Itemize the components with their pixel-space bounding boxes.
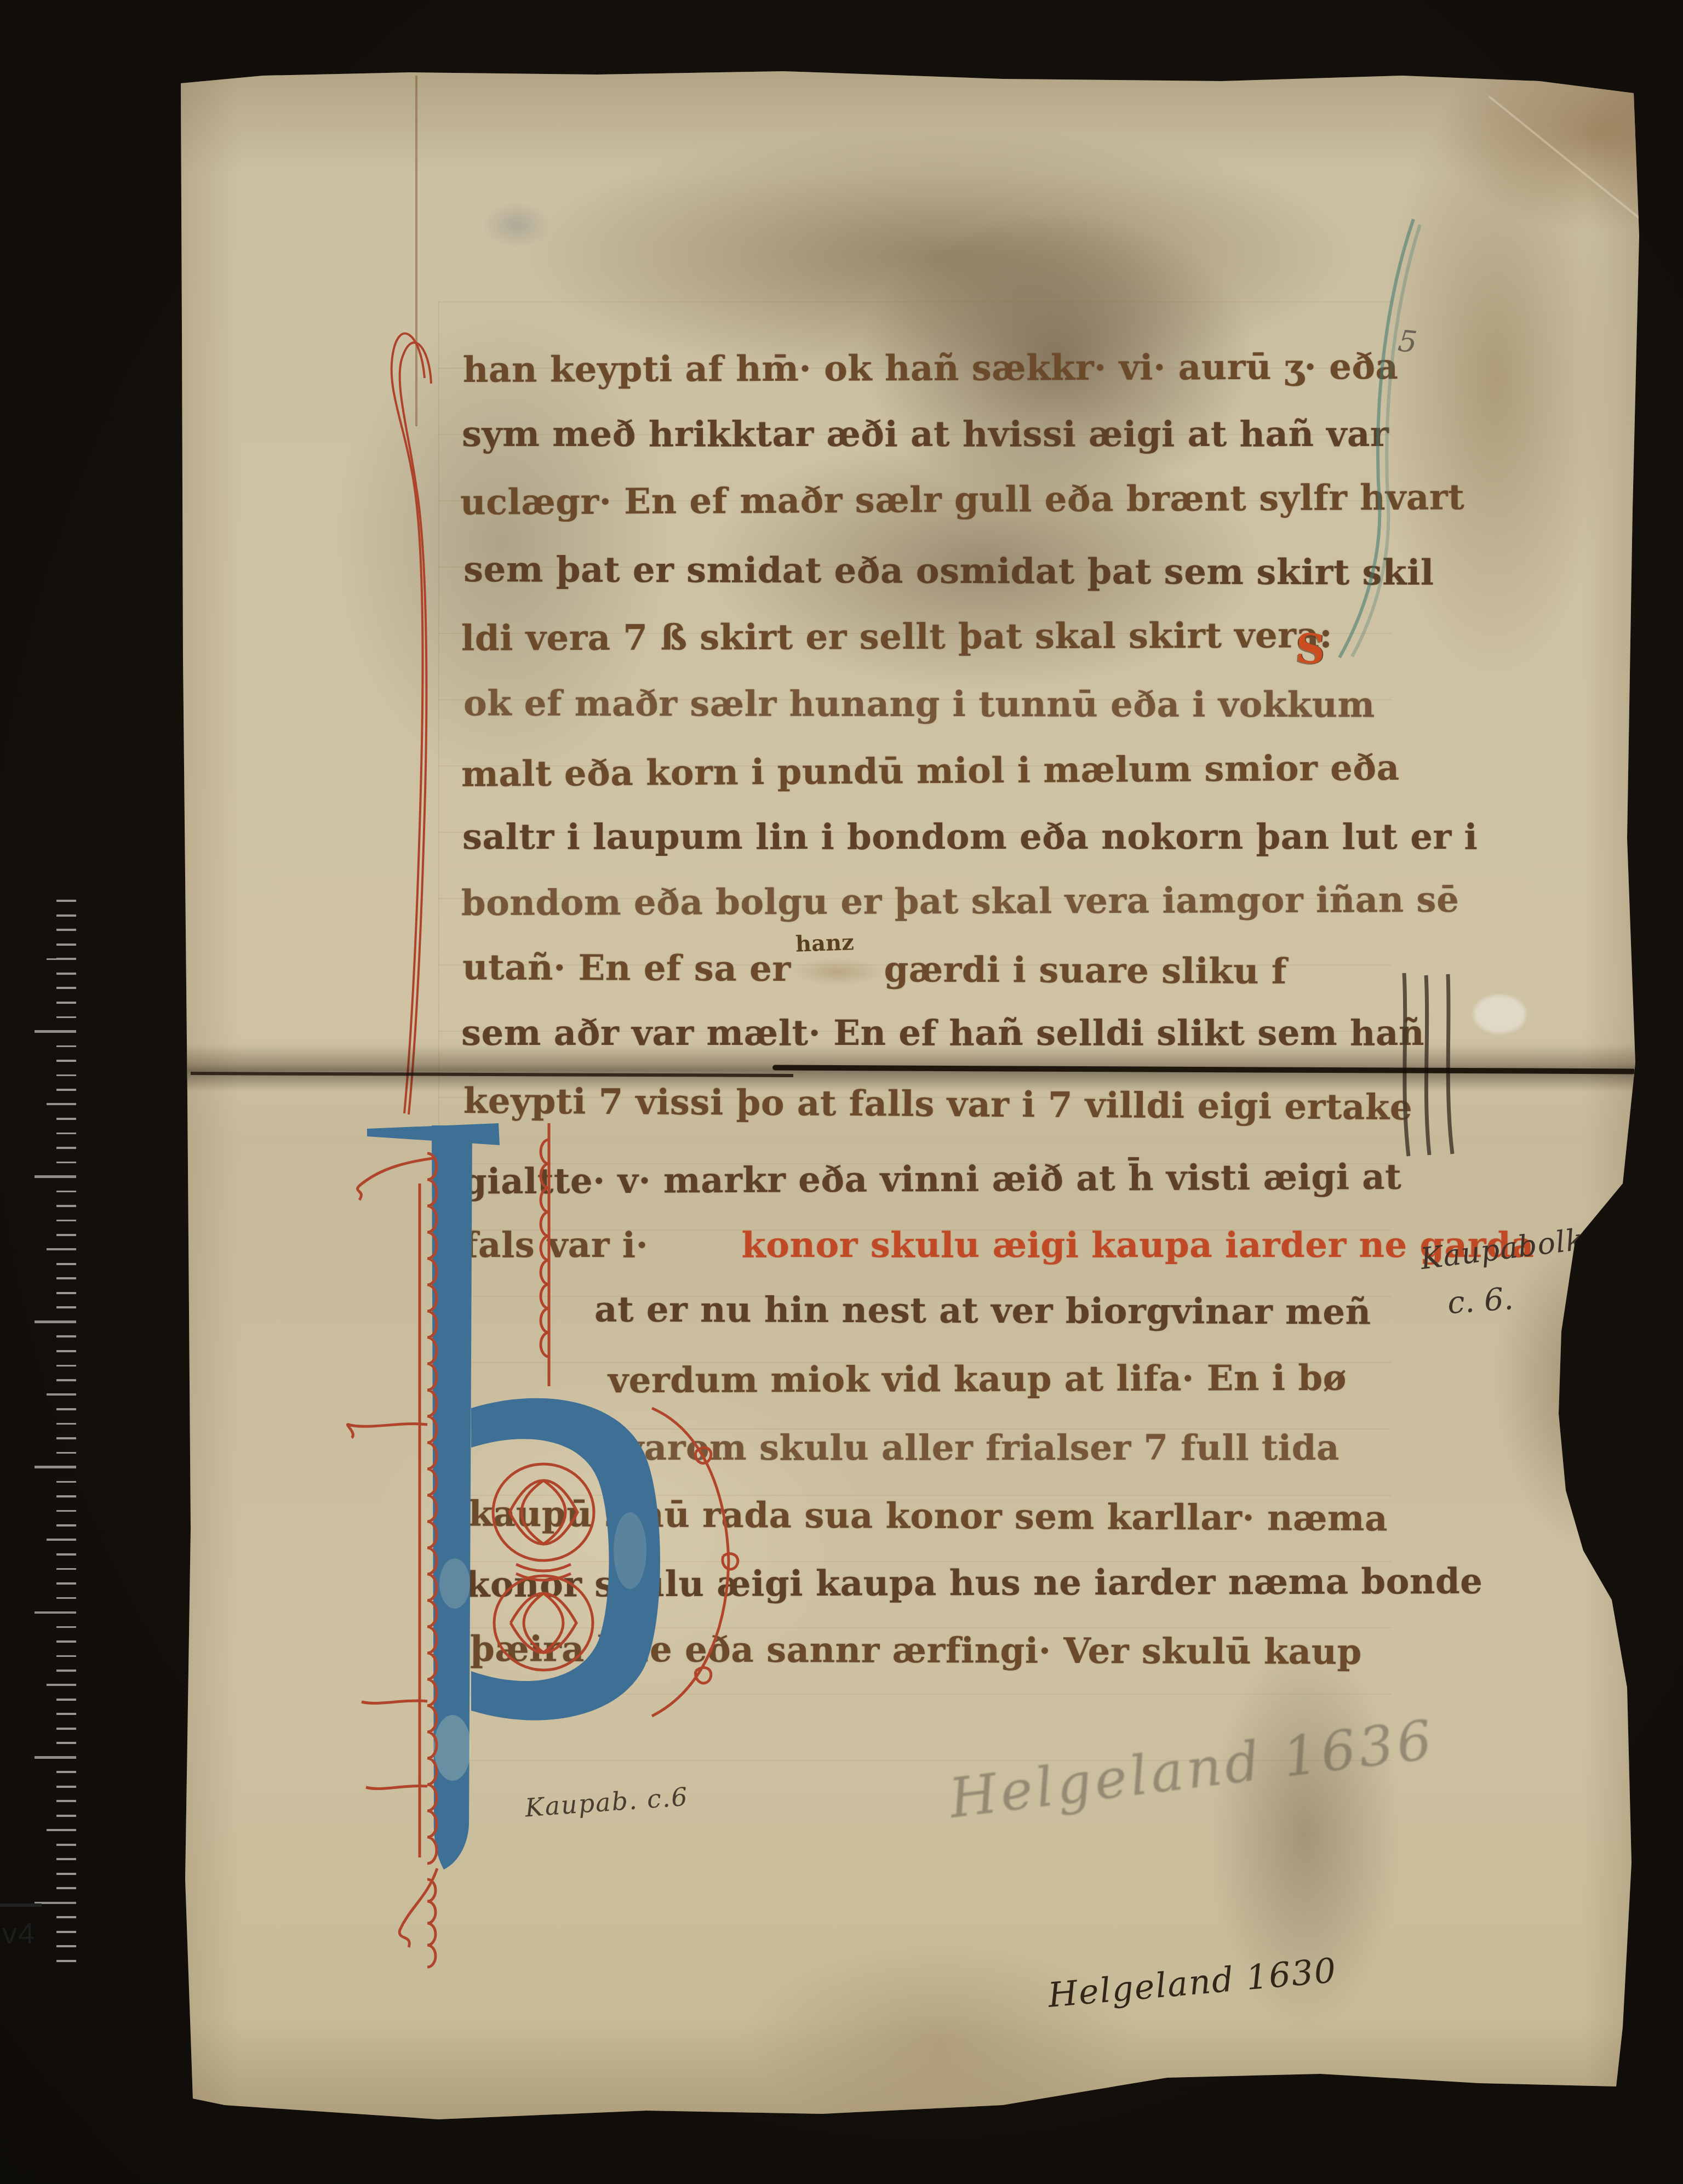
- screenshot-root: { "page": { "background_color": "#120f0b…: [0, 0, 1683, 2184]
- text-line-1: han keypti af hm̄· ok hañ sækkr· vi· aur…: [463, 346, 1399, 391]
- ruler-version-label: v4: [2, 1917, 36, 1951]
- ruler-index-line: [0, 1903, 42, 1907]
- text-line-4: sem þat er smidat eða osmidat þat sem sk…: [463, 549, 1434, 593]
- text-line-10: utañ· En ef sa ergærdi i suare sliku f: [462, 947, 1287, 992]
- interlinear-insertion: hanz: [795, 929, 854, 957]
- pencil-number: 5: [1396, 323, 1419, 359]
- surface-scratch: [1474, 995, 1526, 1033]
- text-line-9: bondom eða bolgu er þat skal vera iamgor…: [461, 879, 1459, 924]
- text-line-8: saltr i laupum lin i bondom eða nokorn þ…: [462, 816, 1478, 857]
- red-paragraph-mark: S: [1294, 625, 1326, 674]
- text-line-10-start: utañ· En ef sa er: [462, 947, 791, 990]
- teal-pen-stroke: [1331, 208, 1452, 674]
- text-line-7: malt eða korn i pundū miol i mælum smior…: [461, 747, 1400, 795]
- rubric-text: konor skulu æigi kaupa iarder ne garda: [741, 1225, 1534, 1266]
- text-line-5: ldi vera 7 ß skirt er sellt þat skal ski…: [461, 615, 1333, 659]
- ink-inscription-helgeland: Helgeland 1630: [1046, 1950, 1338, 2015]
- illuminated-initial: [345, 1101, 838, 2066]
- text-line-10-end: gærdi i suare sliku f: [884, 949, 1287, 992]
- ruler-ticks-large: [35, 888, 76, 1963]
- parchment-leaf: han keypti af hm̄· ok hañ sækkr· vi· aur…: [181, 71, 1641, 2120]
- text-line-6: ok ef maðr sælr hunang i tunnū eða i vok…: [463, 683, 1375, 726]
- text-line-2: sym með hrikktar æði at hvissi æigi at h…: [462, 414, 1389, 455]
- margin-note-chapter: c. 6.: [1446, 1281, 1515, 1321]
- text-line-3: uclægr· En ef maðr sælr gull eða brænt s…: [460, 477, 1464, 523]
- red-margin-flourish: [373, 307, 466, 1129]
- measuring-ruler: v4: [0, 883, 78, 1966]
- corner-crease: [1489, 95, 1669, 242]
- erased-word: [791, 958, 884, 986]
